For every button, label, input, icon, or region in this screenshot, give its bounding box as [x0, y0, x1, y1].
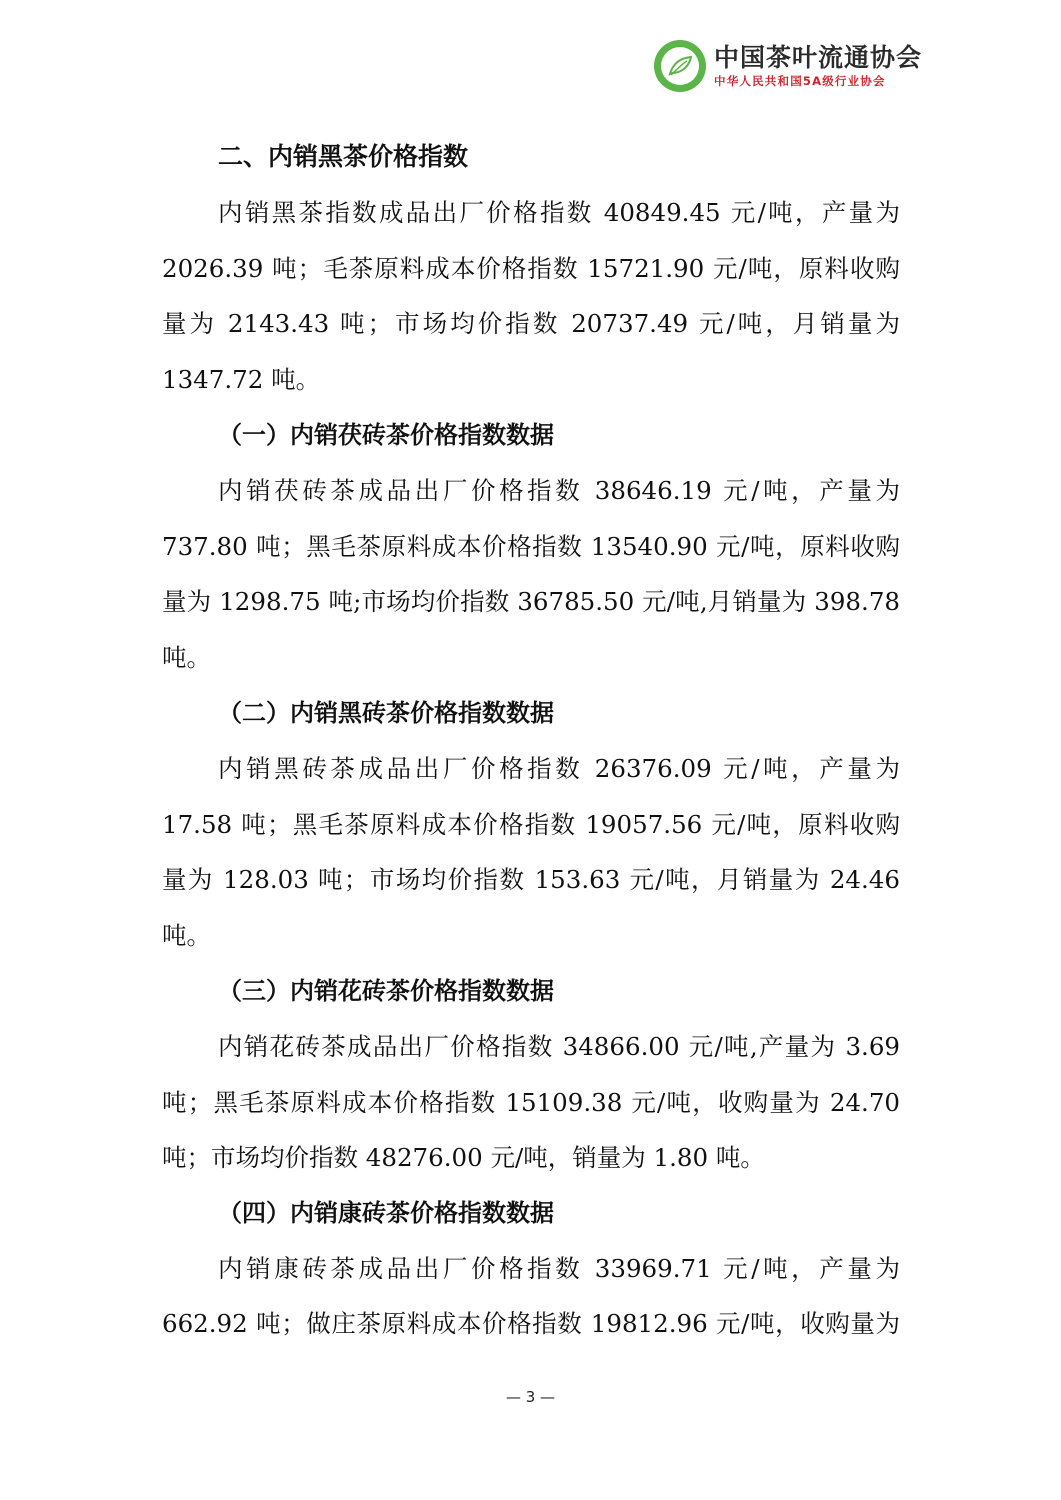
paragraph-line: 17.58 吨；黑毛茶原料成本价格指数 19057.56 元/吨，原料收购	[162, 810, 900, 840]
paragraph-line: 内销黑茶指数成品出厂价格指数 40849.45 元/吨，产量为	[218, 198, 900, 228]
paragraph-line: 量为 2143.43 吨；市场均价指数 20737.49 元/吨，月销量为	[162, 309, 900, 339]
org-subtitle: 中华人民共和国5A级行业协会	[714, 73, 922, 89]
subsection-title: （四）内销康砖茶价格指数数据	[218, 1198, 956, 1228]
paragraph-line: 量为 1298.75 吨;市场均价指数 36785.50 元/吨,月销量为 39…	[162, 587, 900, 617]
paragraph-line: 662.92 吨；做庄茶原料成本价格指数 19812.96 元/吨，收购量为	[162, 1309, 900, 1339]
paragraph-line: 内销康砖茶成品出厂价格指数 33969.71 元/吨，产量为	[218, 1254, 900, 1284]
page-number: — 3 —	[0, 1388, 1061, 1406]
paragraph-line: 2026.39 吨；毛茶原料成本价格指数 15721.90 元/吨，原料收购	[162, 254, 900, 284]
paragraph-line: 量为 128.03 吨；市场均价指数 153.63 元/吨，月销量为 24.46	[162, 865, 900, 895]
paragraph-line: 1347.72 吨。	[162, 365, 900, 395]
paragraph-line: 内销花砖茶成品出厂价格指数 34866.00 元/吨,产量为 3.69	[218, 1032, 900, 1062]
org-name: 中国茶叶流通协会	[714, 43, 922, 73]
paragraph-line: 吨。	[162, 643, 900, 673]
paragraph-line: 内销茯砖茶成品出厂价格指数 38646.19 元/吨，产量为	[218, 476, 900, 506]
paragraph-line: 吨。	[162, 921, 900, 951]
paragraph-line: 内销黑砖茶成品出厂价格指数 26376.09 元/吨，产量为	[218, 754, 900, 784]
subsection-title: （三）内销花砖茶价格指数数据	[218, 976, 956, 1006]
subsection-title: （二）内销黑砖茶价格指数数据	[218, 698, 956, 728]
tea-leaf-badge-icon	[654, 40, 706, 92]
org-logo: 中国茶叶流通协会 中华人民共和国5A级行业协会	[654, 38, 922, 94]
section-title: 二、内销黑茶价格指数	[218, 142, 956, 172]
paragraph-line: 吨；黑毛茶原料成本价格指数 15109.38 元/吨，收购量为 24.70	[162, 1088, 900, 1118]
paragraph-line: 737.80 吨；黑毛茶原料成本价格指数 13540.90 元/吨，原料收购	[162, 532, 900, 562]
subsection-title: （一）内销茯砖茶价格指数数据	[218, 420, 956, 450]
paragraph-line: 吨；市场均价指数 48276.00 元/吨，销量为 1.80 吨。	[162, 1143, 900, 1173]
